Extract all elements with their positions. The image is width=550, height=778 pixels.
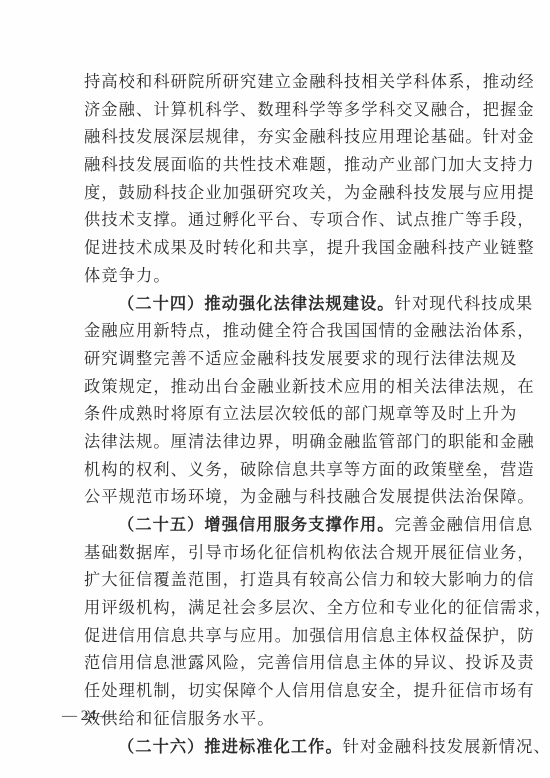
text-line: 度，鼓励科技企业加强研究攻关，为金融科技发展与应用提 xyxy=(84,179,468,207)
text-line: 持高校和科研院所研究建立金融科技相关学科体系，推动经 xyxy=(84,68,468,96)
section-heading-26: （二十六）推进标准化工作。 xyxy=(118,737,343,756)
section-heading-line: （二十四）推动强化法律法规建设。针对现代科技成果 xyxy=(84,290,468,318)
section-heading-line: （二十五）增强信用服务支撑作用。完善金融信用信息 xyxy=(84,511,468,539)
text-span: 针对现代科技成果 xyxy=(395,294,534,313)
text-line: 促进信用信息共享与应用。加强信用信息主体权益保护，防 xyxy=(84,622,468,650)
section-heading-line: （二十六）推进标准化工作。针对金融科技发展新情况、 xyxy=(84,733,468,761)
text-line: 促进技术成果及时转化和共享，提升我国金融科技产业链整 xyxy=(84,234,468,262)
section-heading-25: （二十五）增强信用服务支撑作用。 xyxy=(118,515,395,534)
document-page: 持高校和科研院所研究建立金融科技相关学科体系，推动经 济金融、计算机科学、数理科… xyxy=(0,0,550,778)
text-line: 济金融、计算机科学、数理科学等多学科交叉融合，把握金 xyxy=(84,96,468,124)
text-span: 针对金融科技发展新情况、 xyxy=(343,737,550,756)
text-line: 金融应用新特点，推动健全符合我国国情的金融法治体系， xyxy=(84,317,468,345)
text-span: 完善金融信用信息 xyxy=(395,515,534,534)
text-line: 任处理机制，切实保障个人信用信息安全，提升征信市场有 xyxy=(84,677,468,705)
text-line: 融科技发展深层规律，夯实金融科技应用理论基础。针对金 xyxy=(84,123,468,151)
text-line: 政策规定，推动出台金融业新技术应用的相关法律法规，在 xyxy=(84,373,468,401)
text-line: 效供给和征信服务水平。 xyxy=(84,705,468,733)
text-line: 范信用信息泄露风险，完善信用信息主体的异议、投诉及责 xyxy=(84,649,468,677)
body-text: 持高校和科研院所研究建立金融科技相关学科体系，推动经 济金融、计算机科学、数理科… xyxy=(84,68,468,760)
text-line: 法律法规。厘清法律边界，明确金融监管部门的职能和金融 xyxy=(84,428,468,456)
text-line: 条件成熟时将原有立法层次较低的部门规章等及时上升为 xyxy=(84,400,468,428)
text-line: 公平规范市场环境，为金融与科技融合发展提供法治保障。 xyxy=(84,483,468,511)
text-line: 基础数据库，引导市场化征信机构依法合规开展征信业务， xyxy=(84,539,468,567)
text-line: 研究调整完善不适应金融科技发展要求的现行法律法规及 xyxy=(84,345,468,373)
text-line: 体竞争力。 xyxy=(84,262,468,290)
text-line: 机构的权利、义务，破除信息共享等方面的政策壁垒，营造 xyxy=(84,456,468,484)
page-number: — 24 — xyxy=(62,708,115,725)
text-line: 用评级机构，满足社会多层次、全方位和专业化的征信需求， xyxy=(84,594,468,622)
text-line: 融科技发展面临的共性技术难题，推动产业部门加大支持力 xyxy=(84,151,468,179)
section-heading-24: （二十四）推动强化法律法规建设。 xyxy=(118,294,395,313)
text-line: 扩大征信覆盖范围，打造具有较高公信力和较大影响力的信 xyxy=(84,566,468,594)
text-line: 供技术支撑。通过孵化平台、专项合作、试点推广等手段， xyxy=(84,206,468,234)
